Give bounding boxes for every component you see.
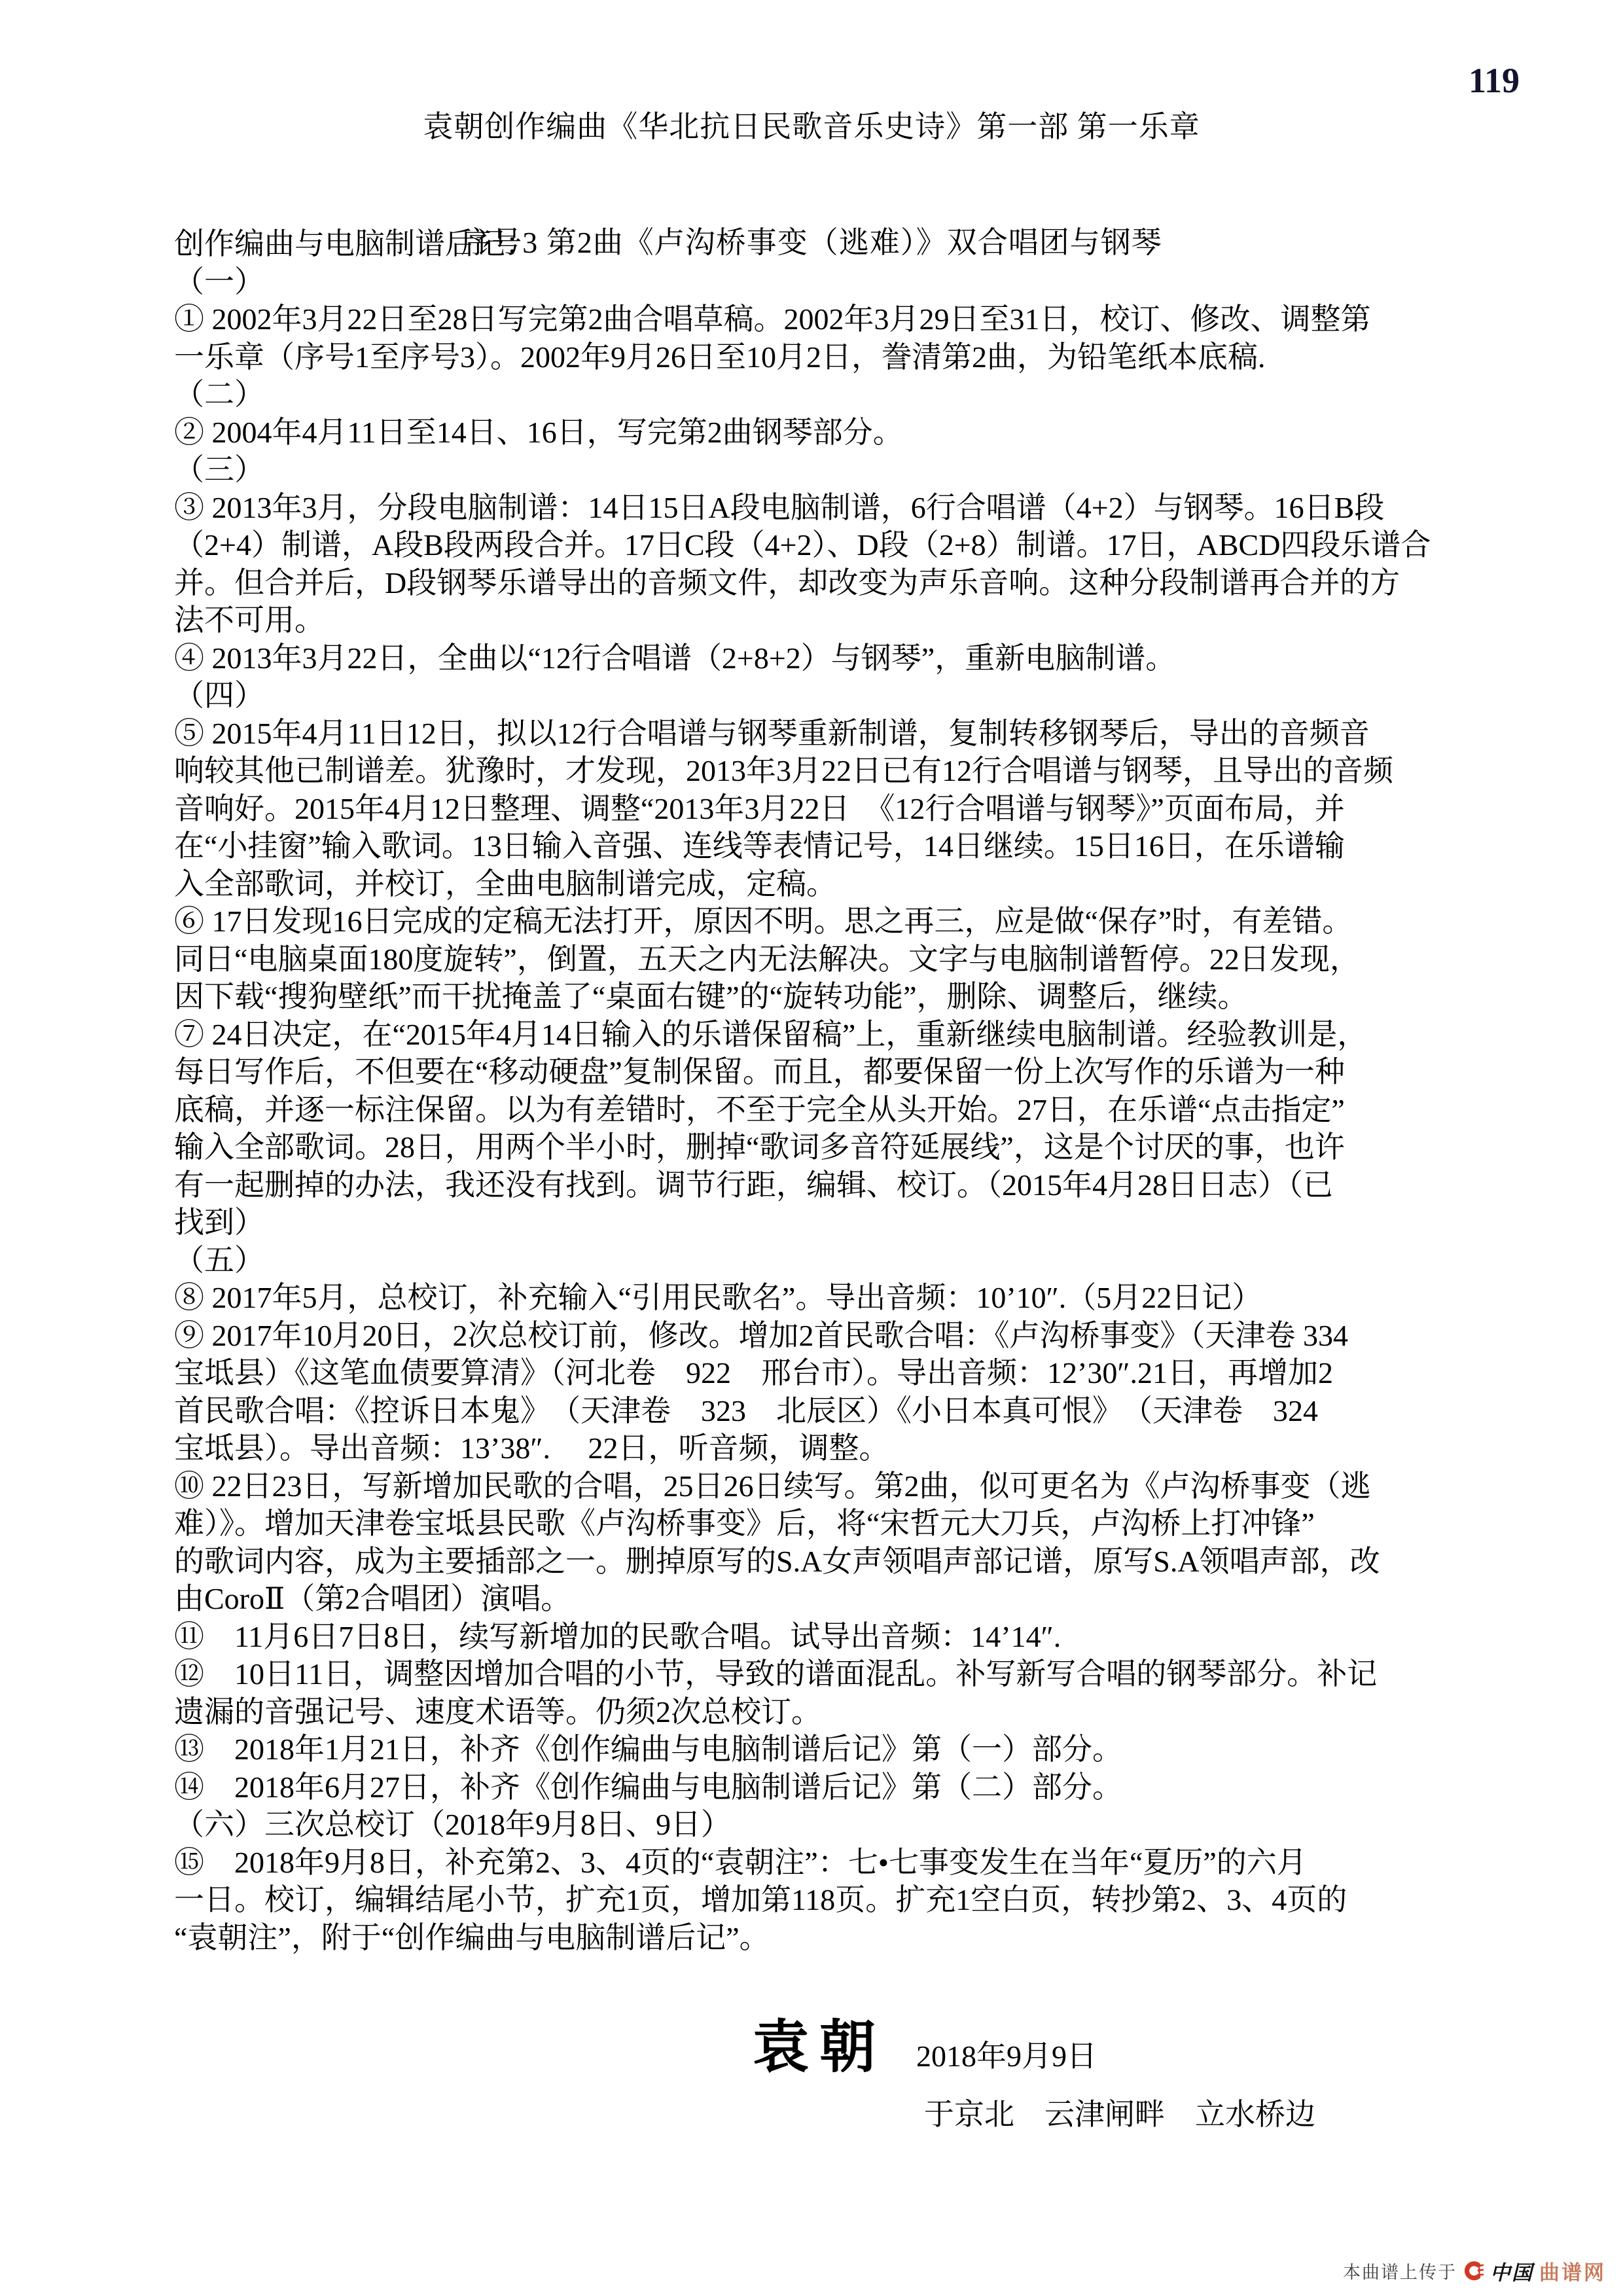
body-line: ⑦ 24日决定，在“2015年4月14日输入的乐谱保留稿”上，重新继续电脑制谱。…: [174, 1016, 1473, 1054]
body-line: （五）: [174, 1242, 1473, 1280]
body-line: ① 2002年3月22日至28日写完第2曲合唱草稿。2002年3月29日至31日…: [174, 300, 1473, 338]
body-line: 难）》。增加天津卷宝坻县民歌《卢沟桥事变》后，将“宋哲元大刀兵，卢沟桥上打冲锋”: [174, 1505, 1473, 1543]
body-line: （2+4）制谱，A段B段两段合并。17日C段（4+2）、D段（2+8）制谱。17…: [174, 526, 1473, 564]
body-line: 响较其他已制谱差。犹豫时，才发现，2013年3月22日已有12行合唱谱与钢琴，且…: [174, 752, 1473, 790]
watermark: 本曲谱上传于 中国 曲谱网: [1343, 2256, 1606, 2286]
body-line: 入全部歌词，并校订，全曲电脑制谱完成，定稿。: [174, 865, 1473, 903]
body-line: 并。但合并后，D段钢琴乐谱导出的音频文件，却改变为声乐音响。这种分段制谱再合并的…: [174, 564, 1473, 602]
body-line: 由CoroⅡ（第2合唱团）演唱。: [174, 1580, 1473, 1618]
body-line: ④ 2013年3月22日，全曲以“12行合唱谱（2+8+2）与钢琴”，重新电脑制…: [174, 639, 1473, 677]
signature-place: 于京北 云津闸畔 立水桥边: [924, 2090, 1315, 2134]
body-line: 首民歌合唱：《控诉日本鬼》 （天津卷 323 北辰区）《小日本真可恨》 （天津卷…: [174, 1392, 1473, 1430]
body-line: ⑧ 2017年5月，总校订，补充输入“引用民歌名”。导出音频：10’10″.（5…: [174, 1279, 1473, 1317]
signature-block: 袁朝 2018年9月9日 于京北 云津闸畔 立水桥边: [753, 2001, 1315, 2134]
watermark-uploaded-text: 本曲谱上传于: [1343, 2258, 1457, 2284]
body-line: （四）: [174, 677, 1473, 715]
body-line: 法不可用。: [174, 601, 1473, 639]
body-line: ⑪ 11月6日7日8日，续写新增加的民歌合唱。试导出音频：14’14″.: [174, 1618, 1473, 1656]
score-postscript-page: 袁朝创作编曲《华北抗日民歌音乐史诗》第一部 第一乐章 序号3 第2曲《卢沟桥事变…: [0, 0, 1623, 2296]
body-line: 的歌词内容，成为主要插部之一。删掉原写的S.A女声领唱声部记谱，原写S.A领唱声…: [174, 1543, 1473, 1581]
body-line: ③ 2013年3月，分段电脑制谱：14日15日A段电脑制谱，6行合唱谱（4+2）…: [174, 489, 1473, 527]
body-line: 遗漏的音强记号、速度术语等。仍须2次总校订。: [174, 1693, 1473, 1731]
body-line: 底稿，并逐一标注保留。以为有差错时，不至于完全从头开始。27日，在乐谱“点击指定…: [174, 1091, 1473, 1129]
body-line: 一乐章（序号1至序号3）。2002年9月26日至10月2日，誊清第2曲，为铅笔纸…: [174, 338, 1473, 376]
body-line: 找到）: [174, 1204, 1473, 1242]
body-line: ⑨ 2017年10月20日，2次总校订前，修改。增加2首民歌合唱：《卢沟桥事变》…: [174, 1317, 1473, 1355]
body-line: “袁朝注”，附于“创作编曲与电脑制谱后记”。: [174, 1919, 1473, 1957]
body-line: ⑬ 2018年1月21日，补齐《创作编曲与电脑制谱后记》第（一）部分。: [174, 1731, 1473, 1768]
body-line: 同日“电脑桌面180度旋转”，倒置，五天之内无法解决。文字与电脑制谱暂停。22日…: [174, 941, 1473, 978]
body-line: ⑭ 2018年6月27日，补齐《创作编曲与电脑制谱后记》第（二）部分。: [174, 1768, 1473, 1806]
body-line: ② 2004年4月11日至14日、16日，写完第2曲钢琴部分。: [174, 414, 1473, 452]
header-line-1: 袁朝创作编曲《华北抗日民歌音乐史诗》第一部 第一乐章: [0, 107, 1623, 146]
body-line: ⑩ 22日23日，写新增加民歌的合唱，25日26日续写。第2曲，似可更名为《卢沟…: [174, 1467, 1473, 1505]
watermark-brand-site: 曲谱网: [1539, 2256, 1606, 2286]
qupu-music-logo-icon: [1463, 2260, 1484, 2282]
body-line: （三）: [174, 451, 1473, 489]
postscript-body: 创作编曲与电脑制谱后记：（一）① 2002年3月22日至28日写完第2曲合唱草稿…: [174, 225, 1473, 1956]
body-line: ⑤ 2015年4月11日12日，拟以12行合唱谱与钢琴重新制谱，复制转移钢琴后，…: [174, 715, 1473, 753]
body-line: 一日。校订，编辑结尾小节，扩充1页，增加第118页。扩充1空白页，转抄第2、3、…: [174, 1881, 1473, 1919]
page-number: 119: [1469, 60, 1520, 101]
body-line: 每日写作后，不但要在“移动硬盘”复制保留。而且，都要保留一份上次写作的乐谱为一种: [174, 1053, 1473, 1091]
body-line: ⑮ 2018年9月8日，补充第2、3、4页的“袁朝注”：七•七事变发生在当年“夏…: [174, 1844, 1473, 1882]
body-line: 音响好。2015年4月12日整理、调整“2013年3月22日 《12行合唱谱与钢…: [174, 790, 1473, 828]
body-line: 创作编曲与电脑制谱后记：: [174, 225, 1473, 263]
body-line: 输入全部歌词。28日，用两个半小时，删掉“歌词多音符延展线”，这是个讨厌的事，也…: [174, 1128, 1473, 1166]
body-line: 在“小挂窗”输入歌词。13日输入音强、连线等表情记号，14日继续。15日16日，…: [174, 827, 1473, 865]
watermark-brand-china: 中国: [1490, 2256, 1533, 2286]
author-signature: 袁朝: [753, 2001, 886, 2083]
body-line: （六）三次总校订（2018年9月8日、9日）: [174, 1806, 1473, 1844]
body-line: 宝坻县）《这笔血债要算清》（河北卷 922 邢台市）。导出音频：12’30″.2…: [174, 1354, 1473, 1392]
body-line: ⑥ 17日发现16日完成的定稿无法打开，原因不明。思之再三，应是做“保存”时，有…: [174, 903, 1473, 941]
body-line: 宝坻县）。导出音频：13’38″. 22日，听音频，调整。: [174, 1429, 1473, 1467]
signature-row: 袁朝 2018年9月9日: [753, 2001, 1315, 2083]
body-line: ⑫ 10日11日，调整因增加合唱的小节，导致的谱面混乱。补写新写合唱的钢琴部分。…: [174, 1655, 1473, 1693]
body-line: 有一起删掉的办法，我还没有找到。调节行距，编辑、校订。（2015年4月28日日志…: [174, 1166, 1473, 1204]
body-line: （一）: [174, 263, 1473, 301]
body-line: 因下载“搜狗壁纸”而干扰掩盖了“桌面右键”的“旋转功能”，删除、调整后，继续。: [174, 978, 1473, 1016]
body-line: （二）: [174, 376, 1473, 414]
signature-date: 2018年9月9日: [916, 2032, 1097, 2075]
